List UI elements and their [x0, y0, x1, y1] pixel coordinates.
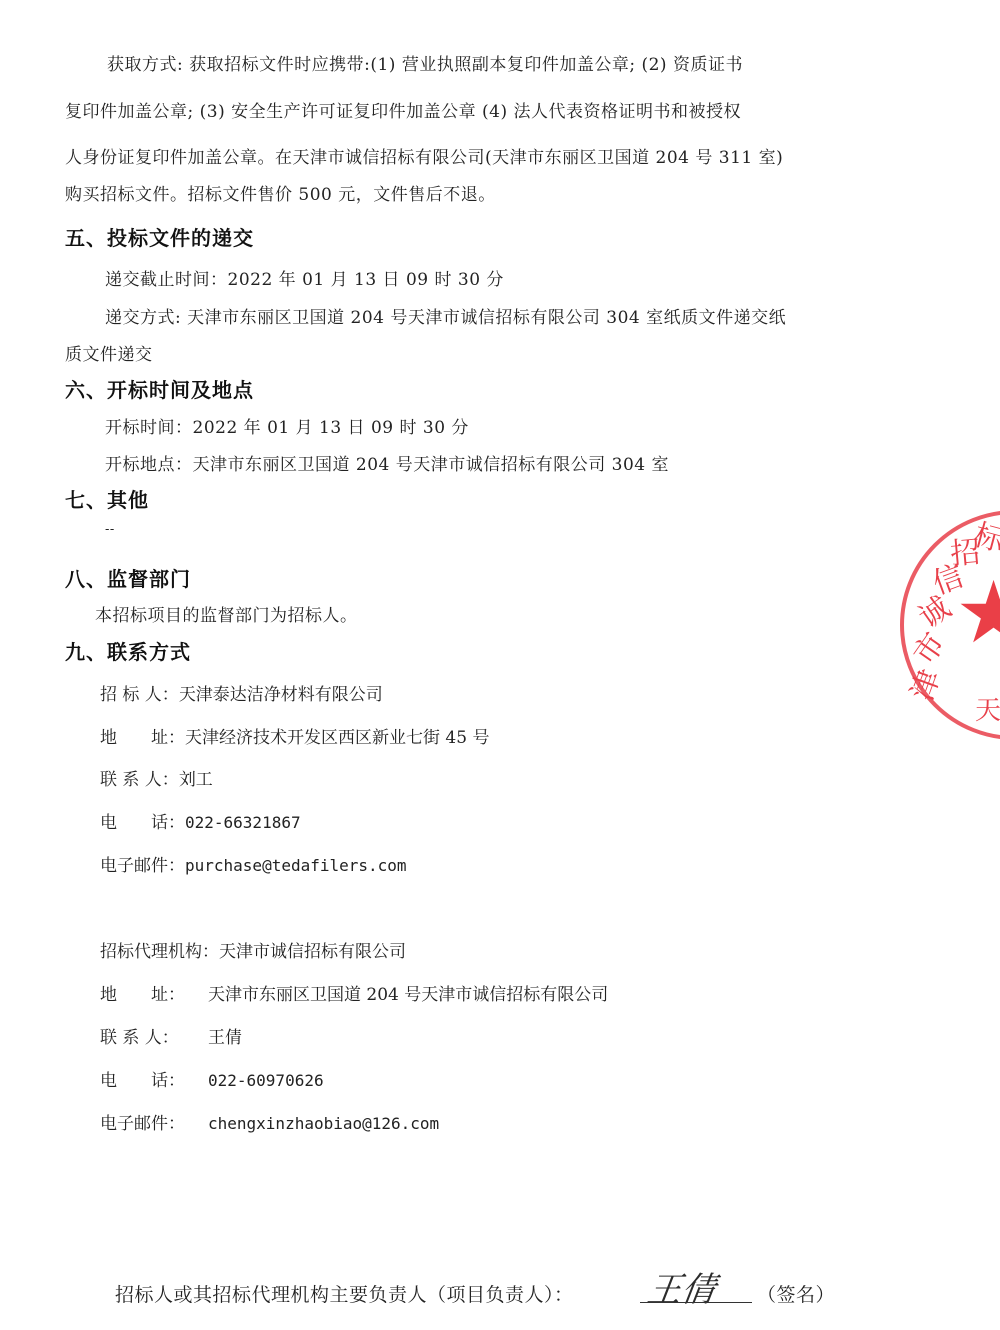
other-content: -- [105, 522, 115, 537]
agency-contact: 王倩 [208, 1028, 242, 1048]
tenderer-phone-row: 电 话：022-66321867 [100, 808, 301, 833]
section-5-heading: 五、投标文件的递交 [65, 222, 254, 251]
tenderer-email: purchase@tedafilers.com [185, 856, 407, 875]
agency-name-row: 招标代理机构：天津市诚信招标有限公司 [100, 937, 406, 962]
agency-email-row: 电子邮件：chengxinzhaobiao@126.com [100, 1109, 439, 1134]
tenderer-name-label: 招 标 人： [100, 680, 179, 705]
agency-email: chengxinzhaobiao@126.com [208, 1114, 439, 1133]
section-9-heading: 九、联系方式 [65, 636, 191, 665]
signature-suffix: （签名） [757, 1280, 835, 1307]
tenderer-name: 天津泰达洁净材料有限公司 [179, 685, 383, 705]
acquisition-method-line-2: 复印件加盖公章; (3) 安全生产许可证复印件加盖公章 (4) 法人代表资格证明… [65, 97, 741, 122]
agency-phone-label: 电 话： [100, 1066, 208, 1091]
agency-contact-label: 联 系 人： [100, 1023, 208, 1048]
agency-address-label: 地 址： [100, 980, 208, 1005]
tenderer-address-row: 地 址：天津经济技术开发区西区新业七街 45 号 [100, 723, 489, 748]
tenderer-phone-label: 电 话： [100, 808, 185, 833]
section-7-heading: 七、其他 [65, 484, 149, 513]
submission-method-line-2: 质文件递交 [65, 340, 153, 365]
section-8-heading: 八、监督部门 [65, 563, 191, 592]
tenderer-contact-row: 联 系 人：刘工 [100, 765, 213, 790]
tenderer-name-row: 招 标 人：天津泰达洁净材料有限公司 [100, 680, 383, 705]
submission-deadline: 递交截止时间：2022 年 01 月 13 日 09 时 30 分 [105, 265, 504, 290]
acquisition-method-line-1: 获取方式: 获取招标文件时应携带:(1) 营业执照副本复印件加盖公章; (2) … [107, 50, 743, 75]
agency-phone-row: 电 话：022-60970626 [100, 1066, 324, 1091]
acquisition-method-line-3: 人身份证复印件加盖公章。在天津市诚信招标有限公司(天津市东丽区卫国道 204 号… [65, 143, 783, 168]
tenderer-address-label: 地 址： [100, 723, 185, 748]
agency-contact-row: 联 系 人：王倩 [100, 1023, 242, 1048]
agency-name: 天津市诚信招标有限公司 [219, 942, 406, 962]
opening-place: 开标地点：天津市东丽区卫国道 204 号天津市诚信招标有限公司 304 室 [105, 450, 669, 475]
agency-address: 天津市东丽区卫国道 204 号天津市诚信招标有限公司 [208, 985, 608, 1005]
supervision-content: 本招标项目的监督部门为招标人。 [95, 601, 358, 626]
seal-char: 天 [975, 690, 1000, 727]
agency-address-row: 地 址：天津市东丽区卫国道 204 号天津市诚信招标有限公司 [100, 980, 608, 1005]
agency-name-label: 招标代理机构： [100, 937, 219, 962]
signature-underline [640, 1302, 752, 1303]
opening-time: 开标时间：2022 年 01 月 13 日 09 时 30 分 [105, 413, 469, 438]
acquisition-method-line-4: 购买招标文件。招标文件售价 500 元，文件售后不退。 [65, 180, 496, 205]
agency-email-label: 电子邮件： [100, 1109, 208, 1134]
agency-phone: 022-60970626 [208, 1071, 324, 1090]
tenderer-phone: 022-66321867 [185, 813, 301, 832]
section-6-heading: 六、开标时间及地点 [65, 374, 254, 403]
tenderer-address: 天津经济技术开发区西区新业七街 45 号 [185, 728, 489, 748]
handwritten-signature: 王倩 [645, 1262, 720, 1311]
tenderer-email-row: 电子邮件：purchase@tedafilers.com [100, 851, 407, 876]
signature-label: 招标人或其招标代理机构主要负责人（项目负责人）： [115, 1280, 574, 1307]
tenderer-contact-label: 联 系 人： [100, 765, 179, 790]
submission-method-line-1: 递交方式: 天津市东丽区卫国道 204 号天津市诚信招标有限公司 304 室纸质… [105, 303, 786, 328]
tenderer-email-label: 电子邮件： [100, 851, 185, 876]
tenderer-contact: 刘工 [179, 770, 213, 790]
